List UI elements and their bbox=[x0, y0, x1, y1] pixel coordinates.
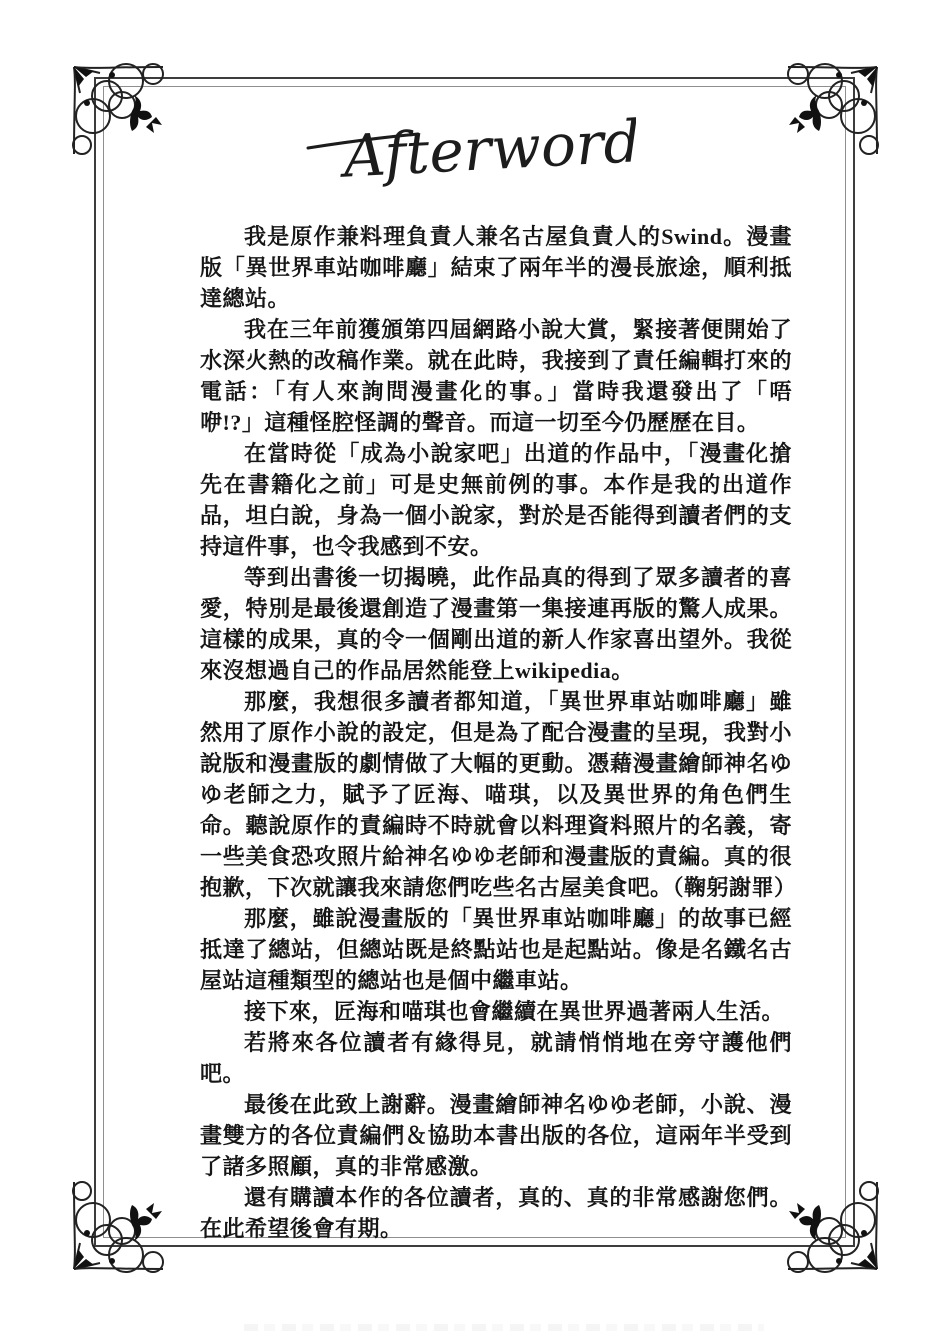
afterword-paragraph: 接下來，匠海和喵琪也會繼續在異世界過著兩人生活。 bbox=[200, 996, 792, 1027]
afterword-paragraph: 最後在此致上謝辭。漫畫繪師神名ゆゆ老師，小說、漫畫雙方的各位責編們＆協助本書出版… bbox=[200, 1089, 792, 1182]
afterword-body: 我是原作兼料理負責人兼名古屋負責人的Swind。漫畫版「異世界車站咖啡廳」結束了… bbox=[200, 221, 792, 1244]
afterword-paragraph: 若將來各位讀者有緣得見，就請悄悄地在旁守護他們吧。 bbox=[200, 1027, 792, 1089]
afterword-paragraph: 還有購讀本作的各位讀者，真的、真的非常感謝您們。在此希望後會有期。 bbox=[200, 1182, 792, 1244]
cutoff-text-strip bbox=[244, 1324, 764, 1331]
page-title: Afterword bbox=[0, 108, 941, 199]
afterword-paragraph: 我是原作兼料理負責人兼名古屋負責人的Swind。漫畫版「異世界車站咖啡廳」結束了… bbox=[200, 221, 792, 314]
afterword-paragraph: 我在三年前獲頒第四屆網路小說大賞，緊接著便開始了水深火熱的改稿作業。就在此時，我… bbox=[200, 314, 792, 438]
afterword-page: Afterword 我是原作兼料理負責人兼名古屋負責人的Swind。漫畫版「異世… bbox=[0, 0, 941, 1331]
afterword-paragraph: 在當時從「成為小說家吧」出道的作品中，「漫畫化搶先在書籍化之前」可是史無前例的事… bbox=[200, 438, 792, 562]
afterword-paragraph: 那麼，雖說漫畫版的「異世界車站咖啡廳」的故事已經抵達了總站，但總站既是終點站也是… bbox=[200, 903, 792, 996]
afterword-paragraph: 等到出書後一切揭曉，此作品真的得到了眾多讀者的喜愛，特別是最後還創造了漫畫第一集… bbox=[200, 562, 792, 686]
corner-flourish-icon bbox=[776, 1168, 891, 1283]
page-title-text: Afterword bbox=[336, 108, 635, 191]
afterword-paragraph: 那麼，我想很多讀者都知道，「異世界車站咖啡廳」雖然用了原作小說的設定，但是為了配… bbox=[200, 686, 792, 903]
corner-flourish-icon bbox=[60, 1168, 175, 1283]
